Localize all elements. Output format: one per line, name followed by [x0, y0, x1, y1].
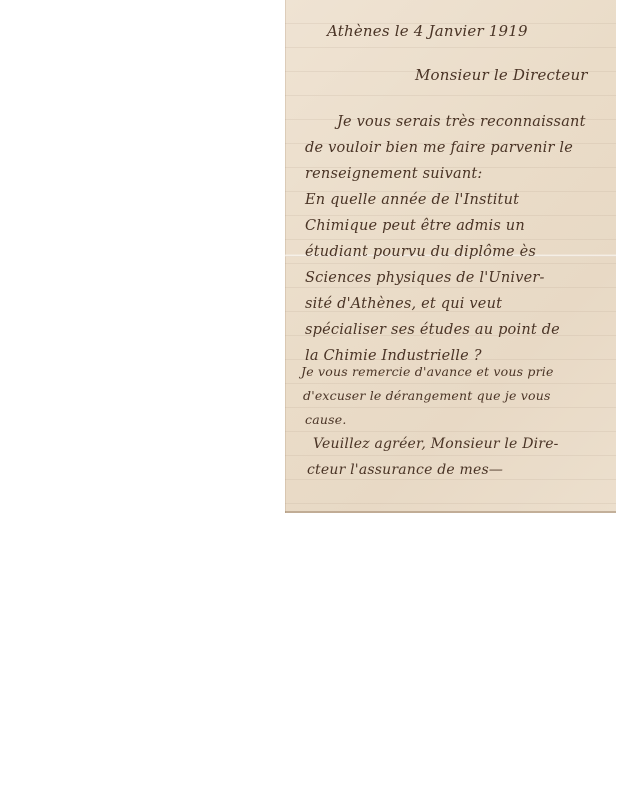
body-line: Sciences physiques de l'Univer-	[305, 270, 545, 286]
body-line: En quelle année de l'Institut	[305, 192, 519, 208]
body-line: Chimique peut être admis un	[305, 218, 525, 234]
body-line: de vouloir bien me faire parvenir le	[305, 140, 573, 156]
letter-date: Athènes le 4 Janvier 1919	[327, 22, 528, 40]
thanks-line: d'excuser le dérangement que je vous	[303, 388, 551, 403]
letter-page: Athènes le 4 Janvier 1919 Monsieur le Di…	[285, 0, 616, 513]
closing-line: Veuillez agréer, Monsieur le Dire-	[313, 436, 559, 452]
body-line: Je vous serais très reconnaissant	[337, 114, 586, 130]
body-line: sité d'Athènes, et qui veut	[305, 296, 502, 312]
body-line: la Chimie Industrielle ?	[305, 348, 482, 364]
closing-line: cteur l'assurance de mes—	[307, 462, 503, 478]
body-line: étudiant pourvu du diplôme ès	[305, 244, 536, 260]
letter-salutation: Monsieur le Directeur	[415, 66, 588, 84]
body-line: renseignement suivant:	[305, 166, 483, 182]
thanks-line: cause.	[305, 412, 347, 427]
thanks-line: Je vous remercie d'avance et vous prie	[301, 364, 554, 379]
body-line: spécialiser ses études au point de	[305, 322, 560, 338]
